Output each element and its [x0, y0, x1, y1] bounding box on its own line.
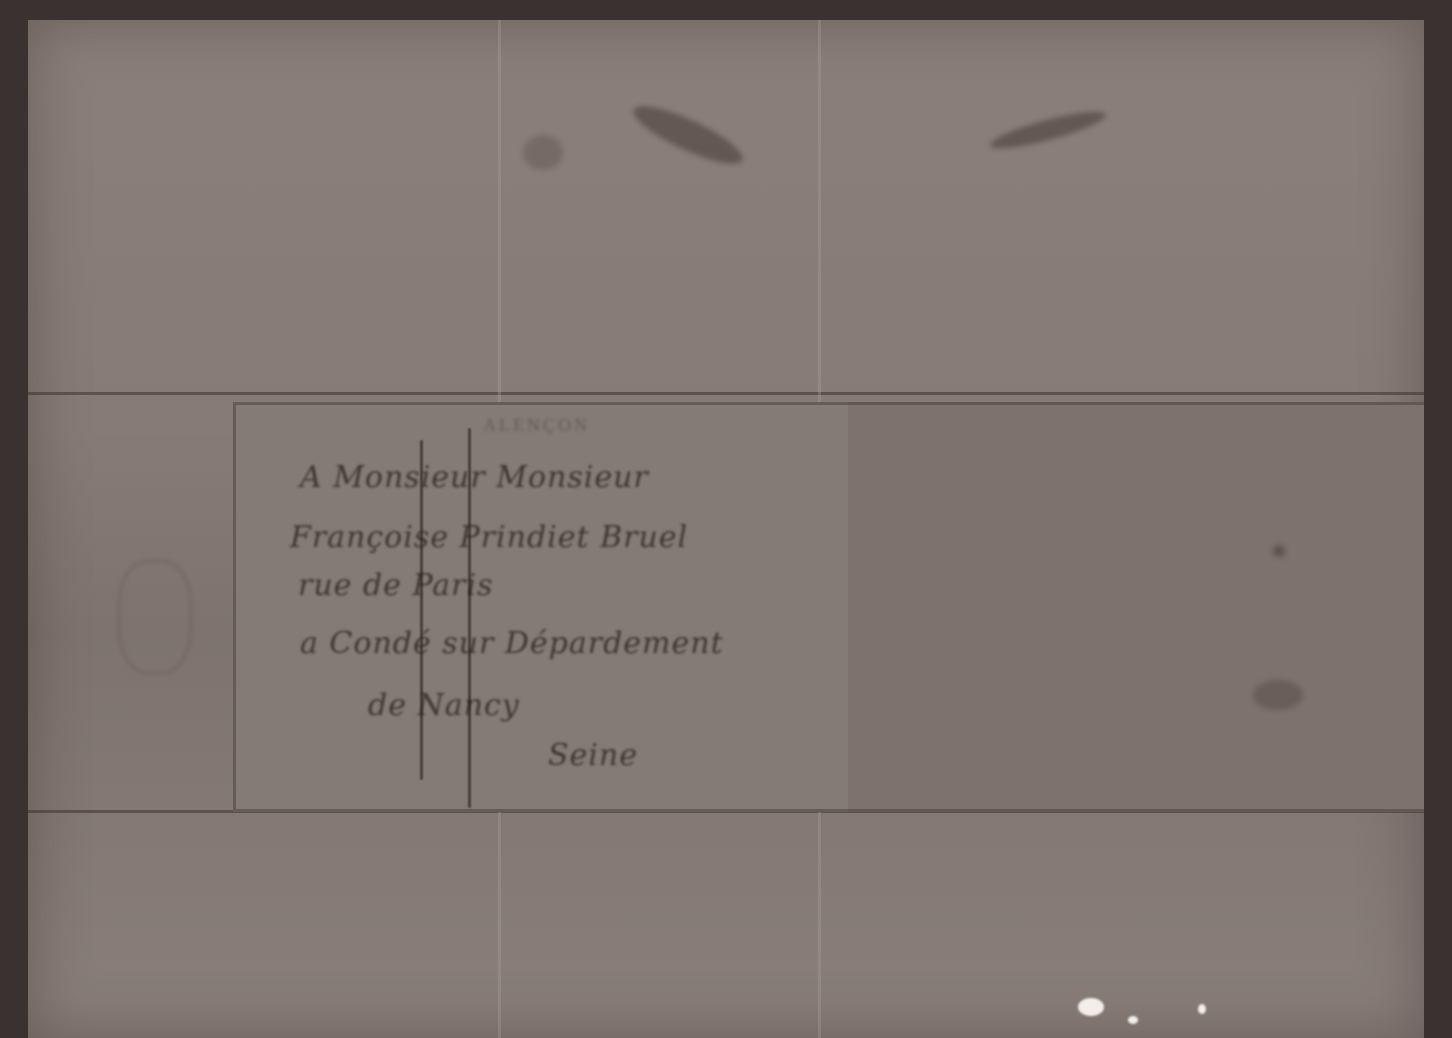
flap-panel	[848, 402, 1424, 812]
address-line-2: Françoise Prindiet Bruel	[290, 520, 688, 555]
postmark: ALENÇON	[483, 415, 590, 436]
fold-line	[28, 392, 1424, 395]
light-flare	[1198, 1004, 1206, 1014]
stain	[1253, 680, 1303, 710]
letter-paper: ALENÇON A Monsieur Monsieur Françoise Pr…	[28, 20, 1424, 1038]
address-line-1: A Monsieur Monsieur	[300, 460, 649, 495]
stain	[627, 96, 748, 174]
stain	[523, 135, 563, 170]
address-line-6: Seine	[548, 738, 638, 773]
stain	[987, 105, 1108, 155]
seal-impression	[118, 560, 192, 674]
stain	[1273, 545, 1285, 557]
address-line-5: de Nancy	[368, 688, 520, 723]
light-flare	[1128, 1016, 1138, 1024]
address-line-4: a Condé sur Dépardement	[300, 626, 724, 661]
address-line-3: rue de Paris	[298, 568, 494, 603]
light-flare	[1078, 998, 1104, 1016]
